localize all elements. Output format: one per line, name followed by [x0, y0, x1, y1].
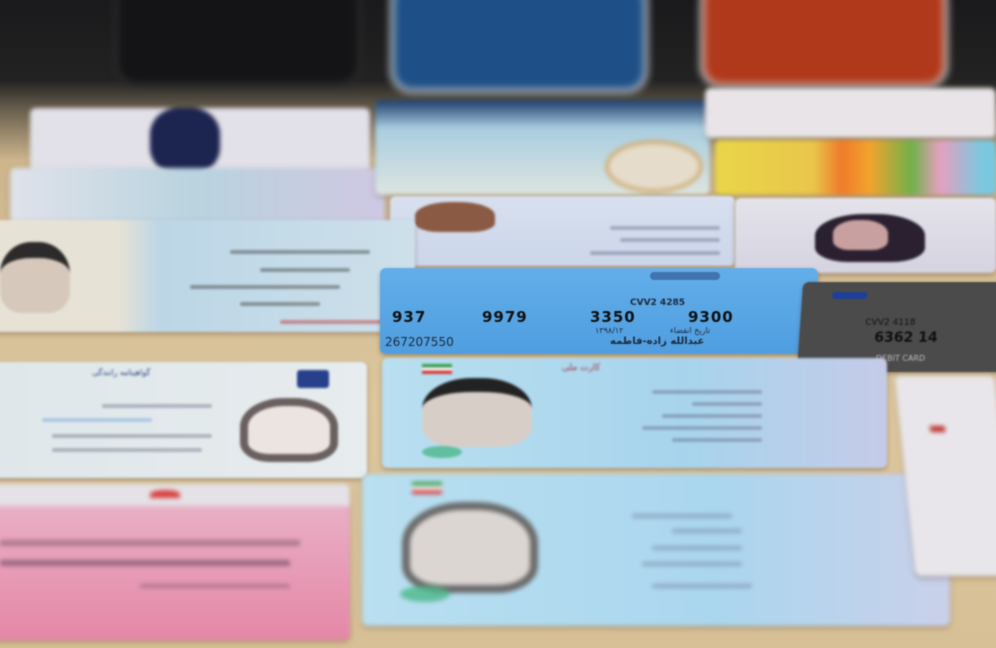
national-id-card-male: کارت ملی	[382, 358, 887, 468]
national-id-card-female	[362, 474, 950, 626]
card-back-left-2	[10, 168, 385, 226]
id-photo	[422, 378, 532, 447]
card-back-left	[30, 108, 370, 174]
driving-license-title: گواهینامه رانندگی	[92, 368, 150, 377]
national-id-title: کارت ملی	[562, 363, 600, 373]
bank-card-account: 267207550	[385, 335, 454, 349]
debit-card-number: 6362 14	[874, 330, 938, 346]
bank-logo	[650, 272, 720, 280]
bank-card-number-1: 937	[392, 308, 426, 326]
photo-scene: CVV2 4285 937 9979 3350 9300 ۱۳۹۸/۱۲ تار…	[0, 0, 996, 648]
card-id-right	[735, 198, 996, 273]
background-device-orange	[700, 0, 948, 88]
debit-card-cvv2: CVV2 4118	[865, 318, 916, 328]
card-back-right-white	[705, 88, 996, 138]
bank-card-number-2: 9979	[482, 308, 528, 326]
background-device-black	[115, 0, 361, 86]
card-id-with-photo	[390, 196, 735, 266]
card-back-middle	[375, 100, 710, 195]
bank-card-expiry-label: تاریخ انقضاء	[670, 326, 710, 335]
bank-card-expiry: ۱۳۹۸/۱۲	[595, 326, 623, 335]
bank-card-blue: CVV2 4285 937 9979 3350 9300 ۱۳۹۸/۱۲ تار…	[380, 268, 818, 354]
id-photo-female	[402, 502, 538, 593]
driving-license: گواهینامه رانندگی	[0, 362, 367, 478]
bank-card-number-4: 9300	[688, 308, 734, 326]
card-back-right-colorful	[715, 140, 996, 195]
bank-card-number-3: 3350	[590, 308, 636, 326]
bank-card-holder: عبدالله زاده-فاطمه	[610, 336, 704, 347]
bank-card-cvv2: CVV2 4285	[630, 298, 685, 308]
pink-bank-card	[0, 484, 350, 640]
background-device-blue	[390, 0, 648, 93]
birth-certificate	[0, 220, 415, 332]
